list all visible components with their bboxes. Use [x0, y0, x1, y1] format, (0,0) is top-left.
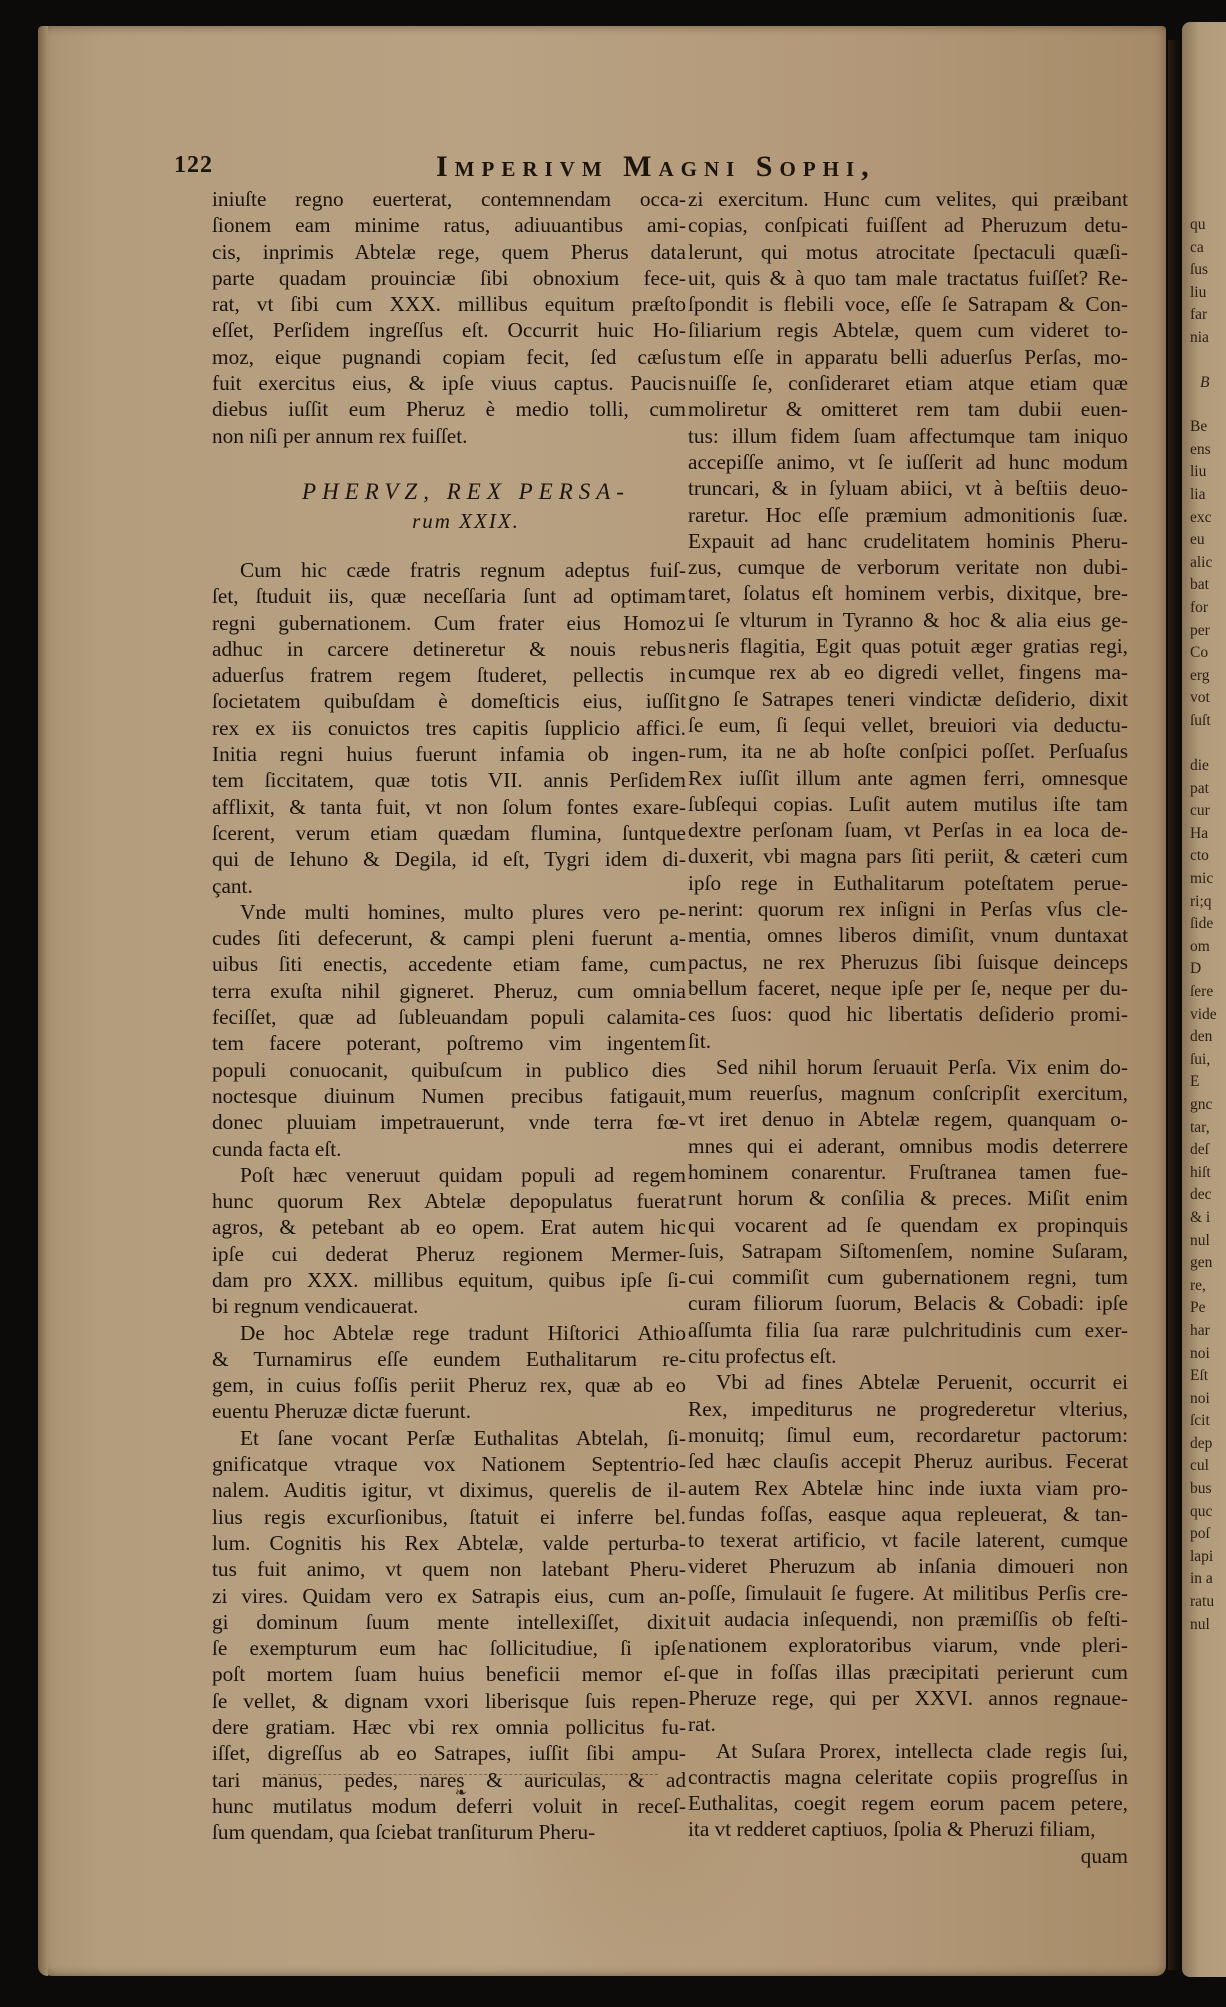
- text-line: fundas foſſas, easque aqua repleuerat, &…: [688, 1501, 1128, 1527]
- text-line: donec pluuiam impetrauerunt, vnde terra …: [212, 1109, 686, 1135]
- text-line: aduerſus fratrem regem ſtuderet, pellect…: [212, 662, 686, 688]
- text-line: zus, cumque de verborum veritate non dub…: [688, 554, 1128, 580]
- adjacent-page-fragment: qucaſusliufarniaBBeensliuliaexceualicbat…: [1182, 22, 1226, 1977]
- text-line: Sed nihil horum ſeruauit Perſa. Vix enim…: [688, 1054, 1128, 1080]
- adjacent-line: ſide: [1190, 913, 1217, 936]
- adjacent-line: exc: [1190, 507, 1217, 530]
- text-line: ſcerent, verum etiam quædam flumina, ſun…: [212, 820, 686, 846]
- adjacent-line: & i: [1190, 1207, 1217, 1230]
- adjacent-line: lia: [1190, 484, 1217, 507]
- text-line: ita vt redderet captiuos, ſpolia & Pheru…: [688, 1816, 1128, 1842]
- text-line: ipſe cui dederat Pheruz regionem Mermer-: [212, 1241, 686, 1267]
- text-line: iniuſte regno euerterat, contemnendam oc…: [212, 186, 686, 212]
- adjacent-line: alic: [1190, 552, 1217, 575]
- text-line: ſocietatem quibuſdam è domeſticis eius, …: [212, 688, 686, 714]
- text-line: At Suſara Prorex, intellecta clade regis…: [688, 1738, 1128, 1764]
- adjacent-line: per: [1190, 620, 1217, 643]
- text-line: hunc mutilatus modum deferri voluit in r…: [212, 1793, 686, 1819]
- text-line: non niſi per annum rex fuiſſet.: [212, 423, 686, 449]
- adjacent-page-text: qucaſusliufarniaBBeensliuliaexceualicbat…: [1190, 214, 1217, 1636]
- adjacent-line: vot: [1190, 687, 1217, 710]
- adjacent-line: erg: [1190, 665, 1217, 688]
- text-line: duxerit, vbi magna pars ſiti periit, & c…: [688, 843, 1128, 869]
- text-line: lius regis excurſionibus, ſtatuit ei inf…: [212, 1504, 686, 1530]
- text-line: lerunt, qui motus atrocitate ſpectaculi …: [688, 239, 1128, 265]
- section-heading-line2: rum XXIX.: [212, 507, 686, 535]
- text-line: hunc quorum Rex Abtelæ depopulatus fuera…: [212, 1188, 686, 1214]
- adjacent-line: noi: [1190, 1388, 1217, 1411]
- text-line: tari manus, pedes, nares & auriculas, & …: [212, 1767, 686, 1793]
- left-intro-paragraphs: iniuſte regno euerterat, contemnendam oc…: [212, 186, 686, 449]
- text-line: gnificatque vtraque vox Nationem Septent…: [212, 1451, 686, 1477]
- adjacent-line: in a: [1190, 1568, 1217, 1591]
- text-line: ſpondit is flebili voce, eſſe ſe Satrapa…: [688, 291, 1128, 317]
- paragraph: Sed nihil horum ſeruauit Perſa. Vix enim…: [688, 1054, 1128, 1370]
- text-line: ſubſequi copias. Luſit autem mutilus iſt…: [688, 791, 1128, 817]
- text-line: poſt mortem ſuam huius beneficii memor e…: [212, 1661, 686, 1687]
- text-line: cunda facta eſt.: [212, 1136, 686, 1162]
- text-line: monuitq; ſimul eum, recordaretur pactoru…: [688, 1422, 1128, 1448]
- adjacent-line: lapi: [1190, 1546, 1217, 1569]
- text-line: dextre perſonam ſuam, vt Perſas in ea lo…: [688, 817, 1128, 843]
- text-line: curam filiorum ſuorum, Belacis & Cobadi:…: [688, 1290, 1128, 1316]
- text-line: taret, ſolatus eſt hominem verbis, dixit…: [688, 580, 1128, 606]
- adjacent-line: gnc: [1190, 1094, 1217, 1117]
- text-line: gem, in cuius foſſis periit Pheruz rex, …: [212, 1372, 686, 1398]
- adjacent-line: dec: [1190, 1184, 1217, 1207]
- section-heading: PHERVZ, REX PERSA- rum XXIX.: [212, 477, 686, 535]
- text-line: raretur. Hoc eſſe præmium admonitionis ſ…: [688, 502, 1128, 528]
- adjacent-line: far: [1190, 304, 1217, 327]
- text-line: moz, eique pugnandi copiam fecit, ſed cæ…: [212, 344, 686, 370]
- adjacent-line: poſ: [1190, 1523, 1217, 1546]
- page-edge: [38, 26, 48, 1976]
- text-line: & Turnamirus eſſe eundem Euthalitarum re…: [212, 1346, 686, 1372]
- text-line: gno ſe Satrapes teneri vindictæ deſideri…: [688, 686, 1128, 712]
- text-line: aſſumta filia ſua raræ pulchritudinis cu…: [688, 1317, 1128, 1343]
- text-line: diebus iuſſit eum Pheruz è medio tolli, …: [212, 396, 686, 422]
- text-line: nerint: quorum rex inſigni in Perſas vſu…: [688, 896, 1128, 922]
- text-line: tus: illum fidem ſuam affectumque tam in…: [688, 423, 1128, 449]
- text-line: ſuis, Satrapam Siſtomenſem, nomine Suſar…: [688, 1238, 1128, 1264]
- adjacent-line: ri;q: [1190, 891, 1217, 914]
- text-line: qui de Iehuno & Degila, id eſt, Tygri id…: [212, 846, 686, 872]
- right-column: zi exercitum. Hunc cum velites, qui præi…: [688, 186, 1128, 1869]
- text-line: zi vires. Quidam vero ex Satrapis eius, …: [212, 1583, 686, 1609]
- text-line: tum eſſe in apparatu belli aduerſus Perſ…: [688, 344, 1128, 370]
- text-line: euentu Pheruzæ dictæ fuerunt.: [212, 1398, 686, 1424]
- adjacent-line: vide: [1190, 1004, 1217, 1027]
- adjacent-line: ratu: [1190, 1591, 1217, 1614]
- text-line: iſſet, digreſſus ab eo Satrapes, iuſſit …: [212, 1740, 686, 1766]
- page-number: 122: [174, 152, 213, 179]
- adjacent-line: mic: [1190, 868, 1217, 891]
- text-line: Poſt hæc veneruut quidam populi ad regem: [212, 1162, 686, 1188]
- section-heading-line1: PHERVZ, REX PERSA-: [212, 477, 686, 507]
- text-line: cui commiſit cum gubernationem regni, tu…: [688, 1264, 1128, 1290]
- text-line: ſe vellet, & dignam vxori liberisque ſui…: [212, 1688, 686, 1714]
- text-line: fuit exercitus eius, & ipſe viuus captus…: [212, 370, 686, 396]
- paragraph: Et ſane vocant Perſæ Euthalitas Abtelah,…: [212, 1425, 686, 1846]
- text-line: Euthalitas, coegit regem eorum pacem pet…: [688, 1790, 1128, 1816]
- text-line: parte quadam prouinciæ ſibi obnoxium fec…: [212, 265, 686, 291]
- text-line: Expauit ad hanc crudelitatem hominis Phe…: [688, 528, 1128, 554]
- text-line: moliretur & omitteret rem tam dubii euen…: [688, 396, 1128, 422]
- text-line: runt horum & conſilia & preces. Miſit en…: [688, 1185, 1128, 1211]
- adjacent-line: nul: [1190, 1614, 1217, 1637]
- adjacent-line: ſui,: [1190, 1049, 1217, 1072]
- text-line: mum reuerſus, magnum conſcripſit exercit…: [688, 1080, 1128, 1106]
- text-line: uibus ſiti enectis, accedente etiam fame…: [212, 951, 686, 977]
- text-line: uit audacia inſequendi, non præmiſſis ob…: [688, 1606, 1128, 1632]
- text-line: Vbi ad fines Abtelæ Peruenit, occurrit e…: [688, 1369, 1128, 1395]
- adjacent-line: qu: [1190, 214, 1217, 237]
- text-line: autem Rex Abtelæ hinc inde iuxta viam pr…: [688, 1475, 1128, 1501]
- adjacent-line: har: [1190, 1320, 1217, 1343]
- text-line: poſſe, ſimulauit ſe fugere. At militibus…: [688, 1580, 1128, 1606]
- text-line: to texerat artificio, vt facile laterent…: [688, 1527, 1128, 1553]
- left-body-paragraphs: Cum hic cæde fratris regnum adeptus fuiſ…: [212, 557, 686, 1846]
- adjacent-line: eu: [1190, 529, 1217, 552]
- text-line: copias, conſpicati fuiſſent ad Pheruzum …: [688, 212, 1128, 238]
- adjacent-line: liu: [1190, 282, 1217, 305]
- text-line: nationem exploratoribus viarum, vnde ple…: [688, 1632, 1128, 1658]
- text-line: ſet, ſtuduit iis, quæ neceſſaria ſunt ad…: [212, 583, 686, 609]
- text-line: truncari, & in ſyluam abiici, vt à beſti…: [688, 475, 1128, 501]
- text-line: tem ſiccitatem, quæ totis VII. annis Per…: [212, 767, 686, 793]
- ornament-mark: ❧: [455, 1785, 467, 1802]
- text-line: videret Pheruzum ab inſania dimoueri non: [688, 1553, 1128, 1579]
- bottom-rule: [278, 1774, 658, 1775]
- text-line: nalem. Auditis igitur, vt diximus, quere…: [212, 1477, 686, 1503]
- adjacent-line: [1190, 732, 1217, 755]
- text-line: feciſſet, quæ ad ſubleuandam populi cala…: [212, 1004, 686, 1030]
- text-line: qui vocarent ad ſe quendam ex propinquis: [688, 1212, 1128, 1238]
- text-line: mentia, omnes liberos dimiſit, vnum dunt…: [688, 922, 1128, 948]
- catchword: quam: [688, 1843, 1128, 1869]
- paragraph: Cum hic cæde fratris regnum adeptus fuiſ…: [212, 557, 686, 899]
- text-line: accepiſſe animo, vt ſe iuſſerit ad hunc …: [688, 449, 1128, 475]
- paragraph: De hoc Abtelæ rege tradunt Hiſtorici Ath…: [212, 1320, 686, 1425]
- adjacent-line: Eſt: [1190, 1365, 1217, 1388]
- text-line: dere gratiam. Hæc vbi rex omnia pollicit…: [212, 1714, 686, 1740]
- text-line: ſionem eam minime ratus, adiuuantibus am…: [212, 212, 686, 238]
- adjacent-line: ſus: [1190, 259, 1217, 282]
- adjacent-line: deſ: [1190, 1139, 1217, 1162]
- text-line: ſe exempturum eum hac ſollicitudiue, ſi …: [212, 1635, 686, 1661]
- text-line: cumque rex ab eo digredi vellet, fingens…: [688, 659, 1128, 685]
- paragraph: Vbi ad fines Abtelæ Peruenit, occurrit e…: [688, 1369, 1128, 1737]
- text-line: tem facere poterant, poſtremo vim ingent…: [212, 1030, 686, 1056]
- adjacent-line: Ha: [1190, 823, 1217, 846]
- text-line: lum. Cognitis his Rex Abtelæ, valde pert…: [212, 1530, 686, 1556]
- text-line: Initia regni huius fuerunt infamia ob in…: [212, 741, 686, 767]
- text-line: eſſet, Perſidem ingreſſus eſt. Occurrit …: [212, 317, 686, 343]
- text-line: gi dominum ſuum mente intellexiſſet, dix…: [212, 1609, 686, 1635]
- text-line: ſiliarium regis Abtelæ, quem cum videret…: [688, 317, 1128, 343]
- text-line: Pheruze rege, qui per XXVI. annos regnau…: [688, 1685, 1128, 1711]
- adjacent-line: D: [1190, 958, 1217, 981]
- adjacent-line: re,: [1190, 1275, 1217, 1298]
- text-line: rat.: [688, 1711, 1128, 1737]
- text-line: adhuc in carcere detineretur & nouis reb…: [212, 636, 686, 662]
- text-line: ſum quendam, qua ſciebat tranſiturum Phe…: [212, 1819, 686, 1845]
- adjacent-line: Be: [1190, 416, 1217, 439]
- text-line: hominem conarentur. Fruſtranea tamen fue…: [688, 1159, 1128, 1185]
- adjacent-line: ſcit: [1190, 1410, 1217, 1433]
- adjacent-line: pat: [1190, 778, 1217, 801]
- text-line: ui ſe vlturum in Tyranno & hoc & alia ei…: [688, 607, 1128, 633]
- adjacent-line: Co: [1190, 642, 1217, 665]
- adjacent-line: noi: [1190, 1343, 1217, 1366]
- paragraph: Vnde multi homines, multo plures vero pe…: [212, 899, 686, 1162]
- paragraph: iniuſte regno euerterat, contemnendam oc…: [212, 186, 686, 449]
- paragraph: zi exercitum. Hunc cum velites, qui præi…: [688, 186, 1128, 1054]
- adjacent-line: nul: [1190, 1230, 1217, 1253]
- text-line: De hoc Abtelæ rege tradunt Hiſtorici Ath…: [212, 1320, 686, 1346]
- adjacent-line: ſere: [1190, 981, 1217, 1004]
- text-line: pactus, ne rex Pheruzus ſibi ſuisque dei…: [688, 949, 1128, 975]
- text-line: citu profectus eſt.: [688, 1343, 1128, 1369]
- adjacent-line: tar,: [1190, 1117, 1217, 1140]
- adjacent-line: ca: [1190, 237, 1217, 260]
- text-line: cis, inprimis Abtelæ rege, quem Pherus d…: [212, 239, 686, 265]
- adjacent-line: bat: [1190, 574, 1217, 597]
- text-line: Cum hic cæde fratris regnum adeptus fuiſ…: [212, 557, 686, 583]
- adjacent-line: den: [1190, 1026, 1217, 1049]
- text-line: cudes ſiti defecerunt, & campi pleni fue…: [212, 925, 686, 951]
- text-line: vt iret denuo in Abtelæ regem, quanquam …: [688, 1106, 1128, 1132]
- text-line: uit, quis & à quo tam male tractatus fui…: [688, 265, 1128, 291]
- text-line: ſe eum, ſi ſequi vellet, breuiori via de…: [688, 712, 1128, 738]
- text-line: terra exuſta nihil gigneret. Pheruz, cum…: [212, 978, 686, 1004]
- text-line: contractis magna celeritate copiis progr…: [688, 1764, 1128, 1790]
- text-line: noctesque diuinum Numen precibus fatigau…: [212, 1083, 686, 1109]
- text-line: Et ſane vocant Perſæ Euthalitas Abtelah,…: [212, 1425, 686, 1451]
- text-line: dam pro XXX. millibus equitum, quibus ip…: [212, 1267, 686, 1293]
- adjacent-line: cur: [1190, 800, 1217, 823]
- text-line: afflixit, & tanta fuit, vt non ſolum fon…: [212, 794, 686, 820]
- adjacent-line: die: [1190, 755, 1217, 778]
- adjacent-line: for: [1190, 597, 1217, 620]
- text-line: populi conuocanit, quibuſcum in publico …: [212, 1057, 686, 1083]
- text-line: ſed hæc clauſis accepit Pheruz auribus. …: [688, 1448, 1128, 1474]
- text-line: rat, vt ſibi cum XXX. millibus equitum p…: [212, 291, 686, 317]
- text-line: Rex, impediturus ne progrederetur vlteri…: [688, 1396, 1128, 1422]
- adjacent-line: nia: [1190, 327, 1217, 350]
- text-line: Vnde multi homines, multo plures vero pe…: [212, 899, 686, 925]
- adjacent-line: cto: [1190, 845, 1217, 868]
- text-line: ſit.: [688, 1028, 1128, 1054]
- adjacent-heading: B: [1190, 372, 1217, 395]
- adjacent-line: liu: [1190, 461, 1217, 484]
- text-line: Rex iuſſit illum ante agmen ferri, omnes…: [688, 765, 1128, 791]
- text-line: rex ex iis conuictos tres capitis ſuppli…: [212, 715, 686, 741]
- text-line: zi exercitum. Hunc cum velites, qui præi…: [688, 186, 1128, 212]
- text-line: agros, & petebant ab eo opem. Erat autem…: [212, 1214, 686, 1240]
- adjacent-line: ens: [1190, 439, 1217, 462]
- adjacent-line: bus: [1190, 1478, 1217, 1501]
- text-line: çant.: [212, 873, 686, 899]
- adjacent-line: E: [1190, 1071, 1217, 1094]
- left-column: iniuſte regno euerterat, contemnendam oc…: [212, 186, 686, 1846]
- text-line: ipſo rege in Euthalitarum poteſtatem per…: [688, 870, 1128, 896]
- text-line: rum, ita ne ab hoſte conſpici poſſet. Pe…: [688, 738, 1128, 764]
- text-line: regni gubernationem. Cum frater eius Hom…: [212, 610, 686, 636]
- running-head: 122 Imperivm Magni Sophi,: [174, 150, 894, 184]
- adjacent-line: Pe: [1190, 1297, 1217, 1320]
- text-line: ces ſuos: quod hic libertatis deſiderio …: [688, 1001, 1128, 1027]
- text-line: tus fuit animo, vt quem non latebant Phe…: [212, 1556, 686, 1582]
- text-line: que in foſſas illas præcipitati perierun…: [688, 1659, 1128, 1685]
- right-body-paragraphs: zi exercitum. Hunc cum velites, qui præi…: [688, 186, 1128, 1843]
- running-title: Imperivm Magni Sophi,: [436, 150, 876, 184]
- text-line: nuiſſe ſe, conſideraret etiam atque etia…: [688, 370, 1128, 396]
- text-line: bellum faceret, neque ipſe per ſe, neque…: [688, 975, 1128, 1001]
- adjacent-line: quc: [1190, 1501, 1217, 1524]
- adjacent-line: om: [1190, 936, 1217, 959]
- adjacent-line: cul: [1190, 1455, 1217, 1478]
- adjacent-line: gen: [1190, 1252, 1217, 1275]
- adjacent-line: ſuſt: [1190, 710, 1217, 733]
- text-line: neris flagitia, Egit quas potuit æger gr…: [688, 633, 1128, 659]
- text-line: mnes qui ei aderant, omnibus modis deter…: [688, 1133, 1128, 1159]
- paragraph: At Suſara Prorex, intellecta clade regis…: [688, 1738, 1128, 1843]
- adjacent-line: dep: [1190, 1433, 1217, 1456]
- text-line: bi regnum vendicauerat.: [212, 1293, 686, 1319]
- paragraph: Poſt hæc veneruut quidam populi ad regem…: [212, 1162, 686, 1320]
- adjacent-line: hiſt: [1190, 1162, 1217, 1185]
